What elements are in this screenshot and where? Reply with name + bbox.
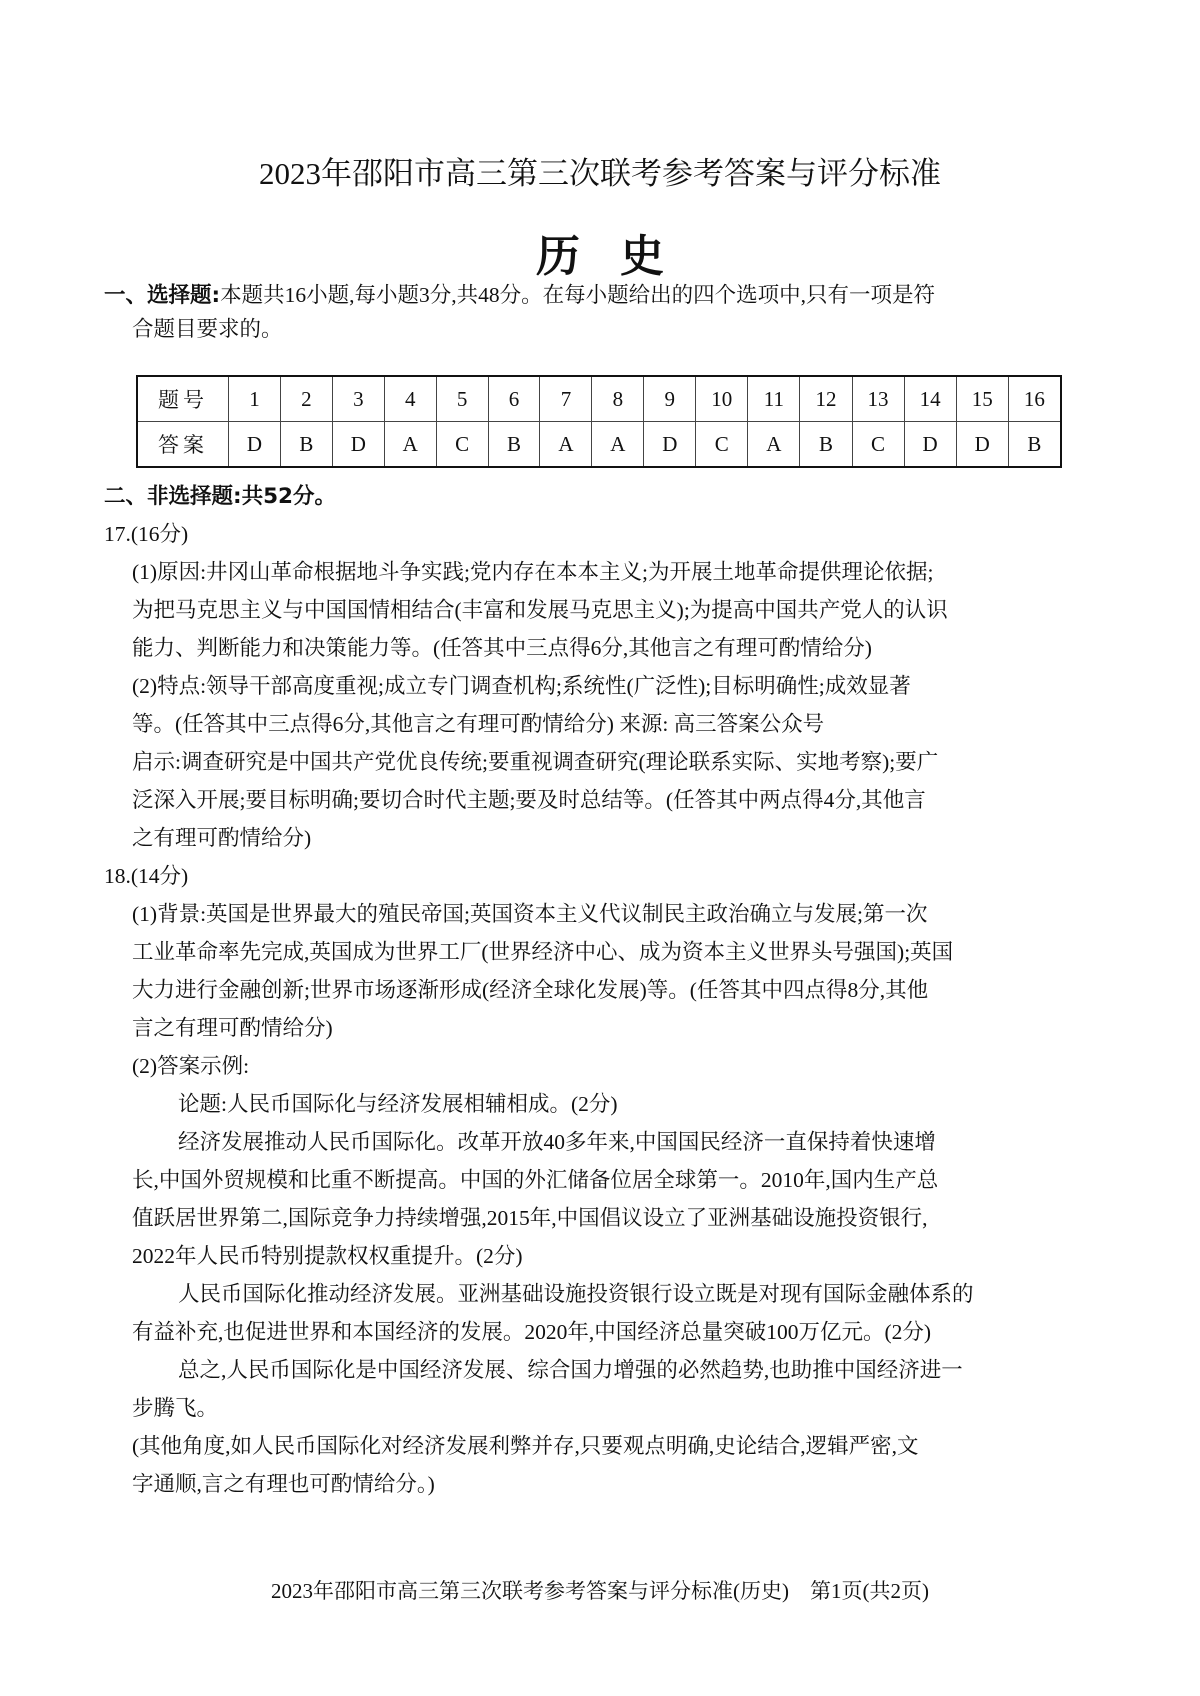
question-number: 9 [644,376,696,422]
q17-line: (2)特点:领导干部高度重视;成立专门调查机构;系统性(广泛性);目标明确性;成… [132,671,1200,701]
question-number: 16 [1008,376,1061,422]
question-number: 5 [436,376,488,422]
question-number: 10 [696,376,748,422]
table-row-numbers: 题号 1 2 3 4 5 6 7 8 9 10 11 12 13 14 15 1… [137,376,1061,422]
answer-cell: B [280,422,332,468]
question-number: 14 [904,376,956,422]
q17-line: 泛深入开展;要目标明确;要切合时代主题;要及时总结等。(任答其中两点得4分,其他… [132,785,1200,815]
q17-title: 17.(16分) [104,519,1200,549]
section2-heading: 二、非选择题:共52分。 [104,482,1200,512]
answer-cell: B [1008,422,1061,468]
question-number: 8 [592,376,644,422]
section1-text-cont: 合题目要求的。 [132,314,1200,344]
answer-cell: C [436,422,488,468]
question-number: 4 [384,376,436,422]
section1-text: 本题共16小题,每小题3分,共48分。在每小题给出的四个选项中,只有一项是符 [220,283,935,307]
question-number: 12 [800,376,852,422]
question-number: 13 [852,376,904,422]
question-number: 1 [229,376,281,422]
answer-cell: D [904,422,956,468]
answer-cell: D [644,422,696,468]
q17-line: 能力、判断能力和决策能力等。(任答其中三点得6分,其他言之有理可酌情给分) [132,633,1200,663]
q18-line: 步腾飞。 [132,1393,1200,1423]
q18-line: (1)背景:英国是世界最大的殖民帝国;英国资本主义代议制民主政治确立与发展;第一… [132,899,1200,929]
question-number: 6 [488,376,540,422]
q18-line: 经济发展推动人民币国际化。改革开放40多年来,中国国民经济一直保持着快速增 [178,1127,1200,1157]
q18-line: 有益补充,也促进世界和本国经济的发展。2020年,中国经济总量突破100万亿元。… [132,1317,1200,1347]
question-number: 7 [540,376,592,422]
page-footer: 2023年邵阳市高三第三次联考参考答案与评分标准(历史) 第1页(共2页) [0,1575,1200,1605]
q18-line: 长,中国外贸规模和比重不断提高。中国的外汇储备位居全球第一。2010年,国内生产… [132,1165,1200,1195]
section1-heading: 一、选择题: [104,283,220,308]
question-number: 2 [280,376,332,422]
q18-note: (其他角度,如人民币国际化对经济发展利弊并存,只要观点明确,史论结合,逻辑严密,… [132,1431,1200,1461]
q17-line: (1)原因:井冈山革命根据地斗争实践;党内存在本本主义;为开展土地革命提供理论依… [132,557,1200,587]
answer-cell: C [852,422,904,468]
answer-cell: B [488,422,540,468]
table-row-answers: 答案 D B D A C B A A D C A B C D D B [137,422,1061,468]
section1-instructions: 一、选择题:本题共16小题,每小题3分,共48分。在每小题给出的四个选项中,只有… [104,280,1200,311]
answer-table: 题号 1 2 3 4 5 6 7 8 9 10 11 12 13 14 15 1… [136,375,1062,468]
subject-title: 历史 [0,220,1200,284]
answer-cell: D [229,422,281,468]
q18-line: 大力进行金融创新;世界市场逐渐形成(经济全球化发展)等。(任答其中四点得8分,其… [132,975,1200,1005]
answer-cell: A [540,422,592,468]
q18-line: 值跃居世界第二,国际竞争力持续增强,2015年,中国倡议设立了亚洲基础设施投资银… [132,1203,1200,1233]
question-number: 3 [332,376,384,422]
q17-line: 启示:调查研究是中国共产党优良传统;要重视调查研究(理论联系实际、实地考察);要… [132,747,1200,777]
q17-line: 等。(任答其中三点得6分,其他言之有理可酌情给分) 来源: 高三答案公众号 [132,709,1200,739]
answer-cell: D [956,422,1008,468]
q18-title: 18.(14分) [104,861,1200,891]
answer-cell: D [332,422,384,468]
answer-cell: C [696,422,748,468]
question-number: 15 [956,376,1008,422]
q18-line: 2022年人民币特别提款权权重提升。(2分) [132,1241,1200,1271]
q18-line: 言之有理可酌情给分) [132,1013,1200,1043]
row-header-number: 题号 [137,376,229,422]
answer-cell: A [592,422,644,468]
q18-line: 人民币国际化推动经济发展。亚洲基础设施投资银行设立既是对现有国际金融体系的 [178,1279,1200,1309]
q18-line: 总之,人民币国际化是中国经济发展、综合国力增强的必然趋势,也助推中国经济进一 [178,1355,1200,1385]
q17-line: 为把马克思主义与中国国情相结合(丰富和发展马克思主义);为提高中国共产党人的认识 [132,595,1200,625]
question-number: 11 [748,376,800,422]
q17-line: 之有理可酌情给分) [132,823,1200,853]
answer-cell: A [384,422,436,468]
q18-note: 字通顺,言之有理也可酌情给分。) [132,1469,1200,1499]
document-title: 2023年邵阳市高三第三次联考参考答案与评分标准 [0,148,1200,193]
answer-cell: B [800,422,852,468]
q18-thesis: 论题:人民币国际化与经济发展相辅相成。(2分) [178,1089,1200,1119]
q18-line: (2)答案示例: [132,1051,1200,1081]
answer-cell: A [748,422,800,468]
row-header-answer: 答案 [137,422,229,468]
document-page: 2023年邵阳市高三第三次联考参考答案与评分标准 历史 一、选择题:本题共16小… [0,0,1200,1696]
q18-line: 工业革命率先完成,英国成为世界工厂(世界经济中心、成为资本主义世界头号强国);英… [132,937,1200,967]
